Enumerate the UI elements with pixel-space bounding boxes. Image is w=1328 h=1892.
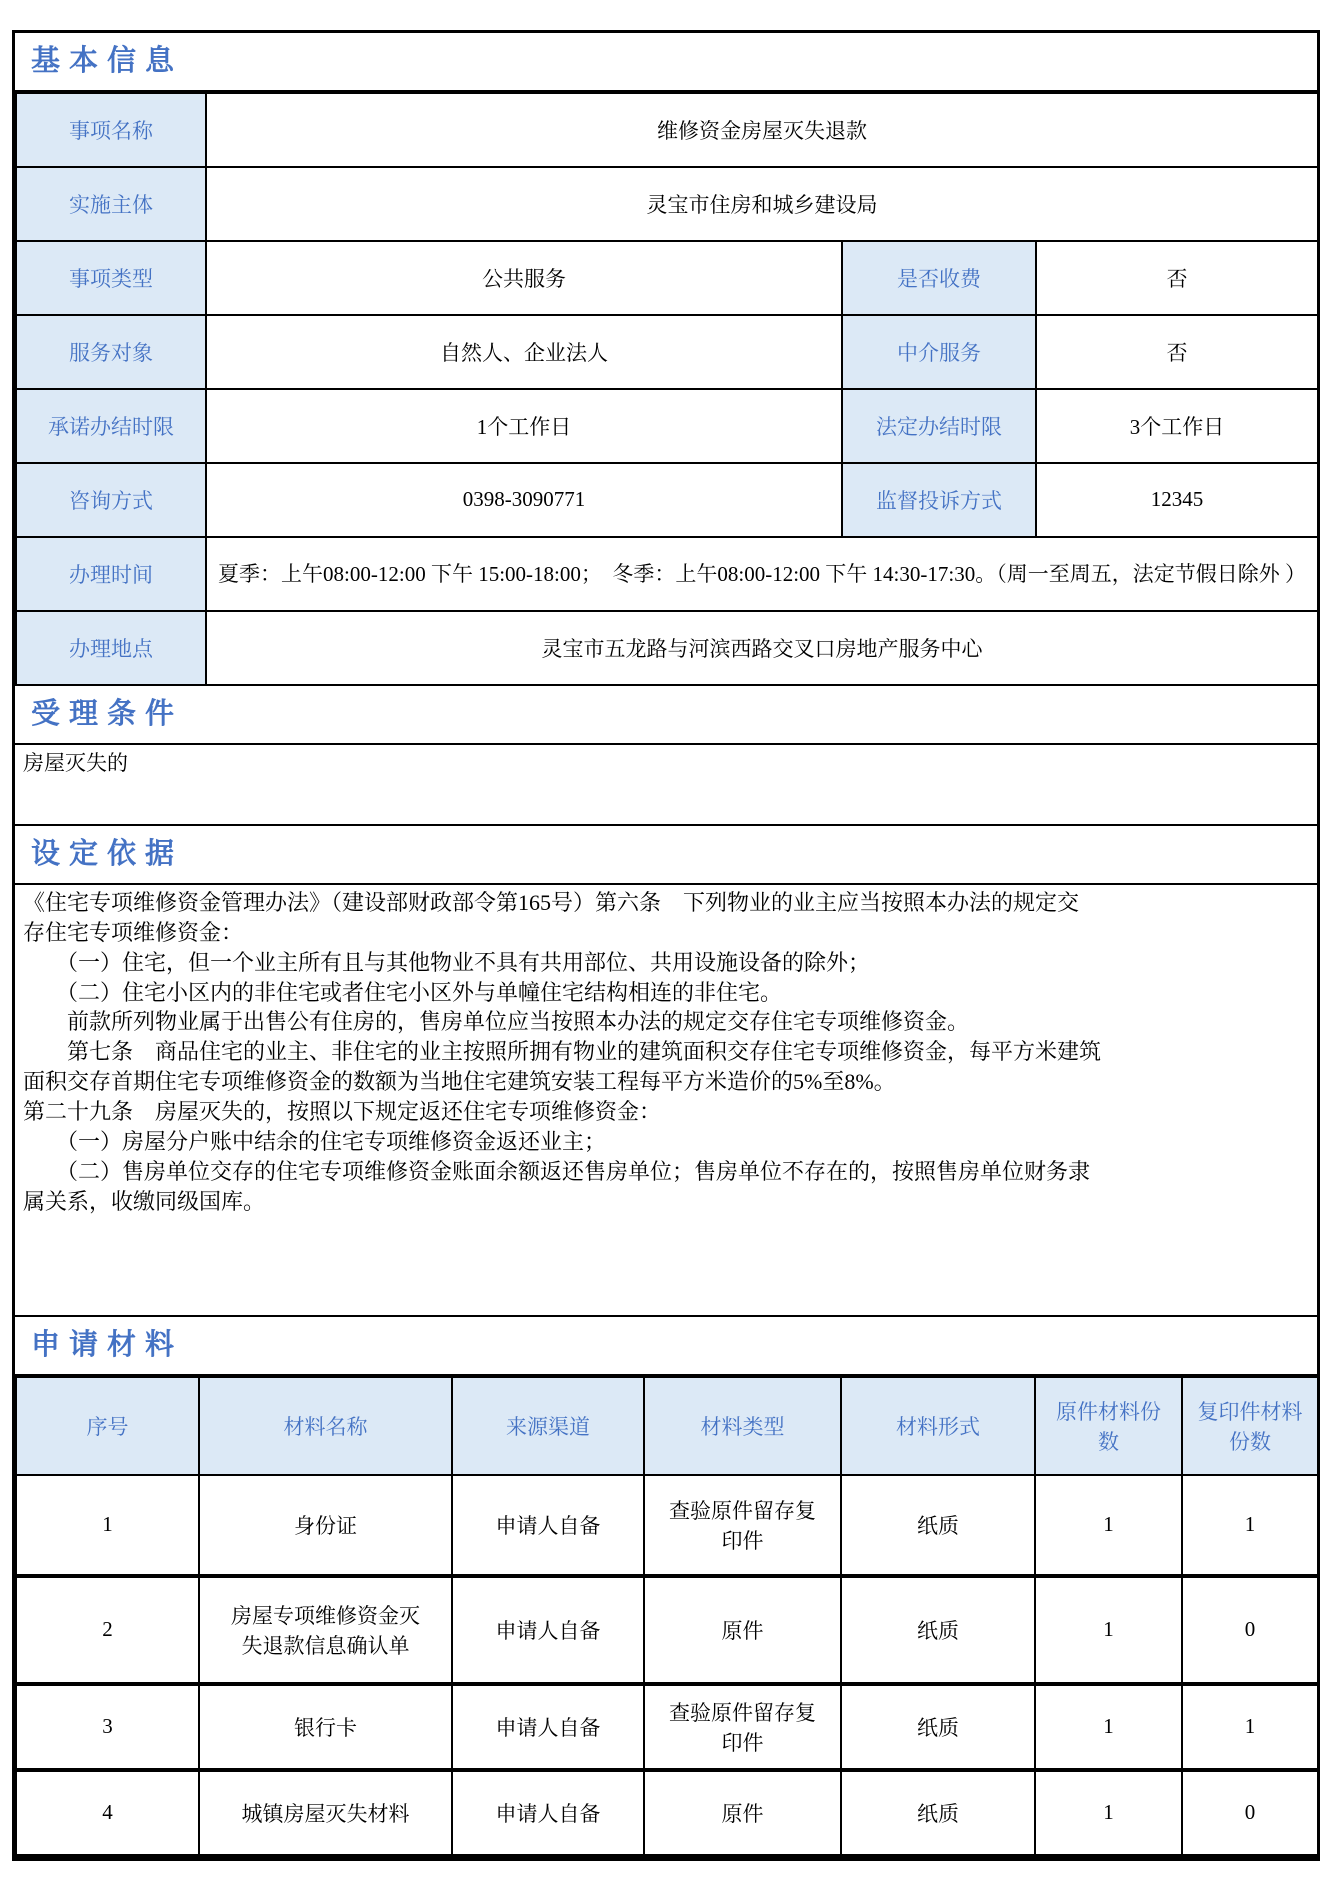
basic-info-table: 事项名称 维修资金房屋灭失退款 实施主体 灵宝市住房和城乡建设局 事项类型 公共… bbox=[15, 92, 1319, 686]
acceptance-section-title: 受理条件 bbox=[15, 686, 1317, 745]
material-original-count: 1 bbox=[1035, 1576, 1182, 1684]
field-label: 中介服务 bbox=[842, 315, 1036, 389]
field-label: 法定办结时限 bbox=[842, 389, 1036, 463]
column-header: 材料类型 bbox=[644, 1377, 841, 1475]
table-row: 事项类型 公共服务 是否收费 否 bbox=[16, 241, 1318, 315]
field-label: 事项类型 bbox=[16, 241, 206, 315]
material-form: 纸质 bbox=[841, 1475, 1035, 1576]
table-row: 承诺办结时限 1个工作日 法定办结时限 3个工作日 bbox=[16, 389, 1318, 463]
field-label: 办理时间 bbox=[16, 537, 206, 611]
field-value: 维修资金房屋灭失退款 bbox=[206, 93, 1318, 167]
materials-header-row: 序号 材料名称 来源渠道 材料类型 材料形式 原件材料份数 复印件材料份数 bbox=[16, 1377, 1318, 1475]
field-label: 办理地点 bbox=[16, 611, 206, 685]
material-row: 2 房屋专项维修资金灭失退款信息确认单 申请人自备 原件 纸质 1 0 bbox=[16, 1576, 1318, 1684]
field-value: 公共服务 bbox=[206, 241, 842, 315]
field-label: 监督投诉方式 bbox=[842, 463, 1036, 537]
table-row: 咨询方式 0398-3090771 监督投诉方式 12345 bbox=[16, 463, 1318, 537]
column-header: 复印件材料份数 bbox=[1182, 1377, 1318, 1475]
material-copy-count: 0 bbox=[1182, 1576, 1318, 1684]
material-seq: 4 bbox=[16, 1770, 199, 1856]
material-row: 4 城镇房屋灭失材料 申请人自备 原件 纸质 1 0 bbox=[16, 1770, 1318, 1856]
field-value: 灵宝市住房和城乡建设局 bbox=[206, 167, 1318, 241]
field-value: 3个工作日 bbox=[1036, 389, 1318, 463]
field-label: 是否收费 bbox=[842, 241, 1036, 315]
field-value: 灵宝市五龙路与河滨西路交叉口房地产服务中心 bbox=[206, 611, 1318, 685]
material-name: 银行卡 bbox=[199, 1684, 452, 1770]
field-value: 夏季：上午08:00-12:00 下午 15:00-18:00； 冬季：上午08… bbox=[206, 537, 1318, 611]
document-page: 基本信息 事项名称 维修资金房屋灭失退款 实施主体 灵宝市住房和城乡建设局 事项… bbox=[0, 0, 1328, 1892]
table-row: 事项名称 维修资金房屋灭失退款 bbox=[16, 93, 1318, 167]
material-row: 3 银行卡 申请人自备 查验原件留存复印件 纸质 1 1 bbox=[16, 1684, 1318, 1770]
field-value: 自然人、企业法人 bbox=[206, 315, 842, 389]
basic-info-section-title: 基本信息 bbox=[15, 33, 1317, 92]
material-seq: 1 bbox=[16, 1475, 199, 1576]
material-type: 原件 bbox=[644, 1576, 841, 1684]
column-header: 序号 bbox=[16, 1377, 199, 1475]
material-source: 申请人自备 bbox=[452, 1684, 644, 1770]
material-form: 纸质 bbox=[841, 1770, 1035, 1856]
service-info-document: 基本信息 事项名称 维修资金房屋灭失退款 实施主体 灵宝市住房和城乡建设局 事项… bbox=[12, 30, 1320, 1861]
material-type: 查验原件留存复印件 bbox=[644, 1475, 841, 1576]
material-name: 身份证 bbox=[199, 1475, 452, 1576]
material-copy-count: 1 bbox=[1182, 1475, 1318, 1576]
material-seq: 3 bbox=[16, 1684, 199, 1770]
field-label: 实施主体 bbox=[16, 167, 206, 241]
field-label: 事项名称 bbox=[16, 93, 206, 167]
material-source: 申请人自备 bbox=[452, 1576, 644, 1684]
material-original-count: 1 bbox=[1035, 1475, 1182, 1576]
material-type: 查验原件留存复印件 bbox=[644, 1684, 841, 1770]
acceptance-condition-text: 房屋灭失的 bbox=[15, 745, 1317, 826]
materials-table: 序号 材料名称 来源渠道 材料类型 材料形式 原件材料份数 复印件材料份数 1 … bbox=[15, 1376, 1319, 1858]
field-value: 1个工作日 bbox=[206, 389, 842, 463]
material-name: 房屋专项维修资金灭失退款信息确认单 bbox=[199, 1576, 452, 1684]
column-header: 来源渠道 bbox=[452, 1377, 644, 1475]
field-label: 服务对象 bbox=[16, 315, 206, 389]
table-row: 办理时间 夏季：上午08:00-12:00 下午 15:00-18:00； 冬季… bbox=[16, 537, 1318, 611]
material-seq: 2 bbox=[16, 1576, 199, 1684]
material-type: 原件 bbox=[644, 1770, 841, 1856]
field-value: 0398-3090771 bbox=[206, 463, 842, 537]
material-row: 1 身份证 申请人自备 查验原件留存复印件 纸质 1 1 bbox=[16, 1475, 1318, 1576]
field-label: 承诺办结时限 bbox=[16, 389, 206, 463]
material-source: 申请人自备 bbox=[452, 1475, 644, 1576]
table-row: 服务对象 自然人、企业法人 中介服务 否 bbox=[16, 315, 1318, 389]
material-name: 城镇房屋灭失材料 bbox=[199, 1770, 452, 1856]
materials-section-title: 申请材料 bbox=[15, 1317, 1317, 1376]
table-row: 实施主体 灵宝市住房和城乡建设局 bbox=[16, 167, 1318, 241]
field-value: 否 bbox=[1036, 315, 1318, 389]
material-original-count: 1 bbox=[1035, 1684, 1182, 1770]
table-row: 办理地点 灵宝市五龙路与河滨西路交叉口房地产服务中心 bbox=[16, 611, 1318, 685]
field-label: 咨询方式 bbox=[16, 463, 206, 537]
basis-legal-text: 《住宅专项维修资金管理办法》（建设部财政部令第165号）第六条 下列物业的业主应… bbox=[15, 885, 1317, 1317]
column-header: 材料名称 bbox=[199, 1377, 452, 1475]
column-header: 材料形式 bbox=[841, 1377, 1035, 1475]
material-form: 纸质 bbox=[841, 1576, 1035, 1684]
material-form: 纸质 bbox=[841, 1684, 1035, 1770]
material-copy-count: 0 bbox=[1182, 1770, 1318, 1856]
column-header: 原件材料份数 bbox=[1035, 1377, 1182, 1475]
field-value: 12345 bbox=[1036, 463, 1318, 537]
material-source: 申请人自备 bbox=[452, 1770, 644, 1856]
material-original-count: 1 bbox=[1035, 1770, 1182, 1856]
basis-section-title: 设定依据 bbox=[15, 826, 1317, 885]
material-copy-count: 1 bbox=[1182, 1684, 1318, 1770]
field-value: 否 bbox=[1036, 241, 1318, 315]
